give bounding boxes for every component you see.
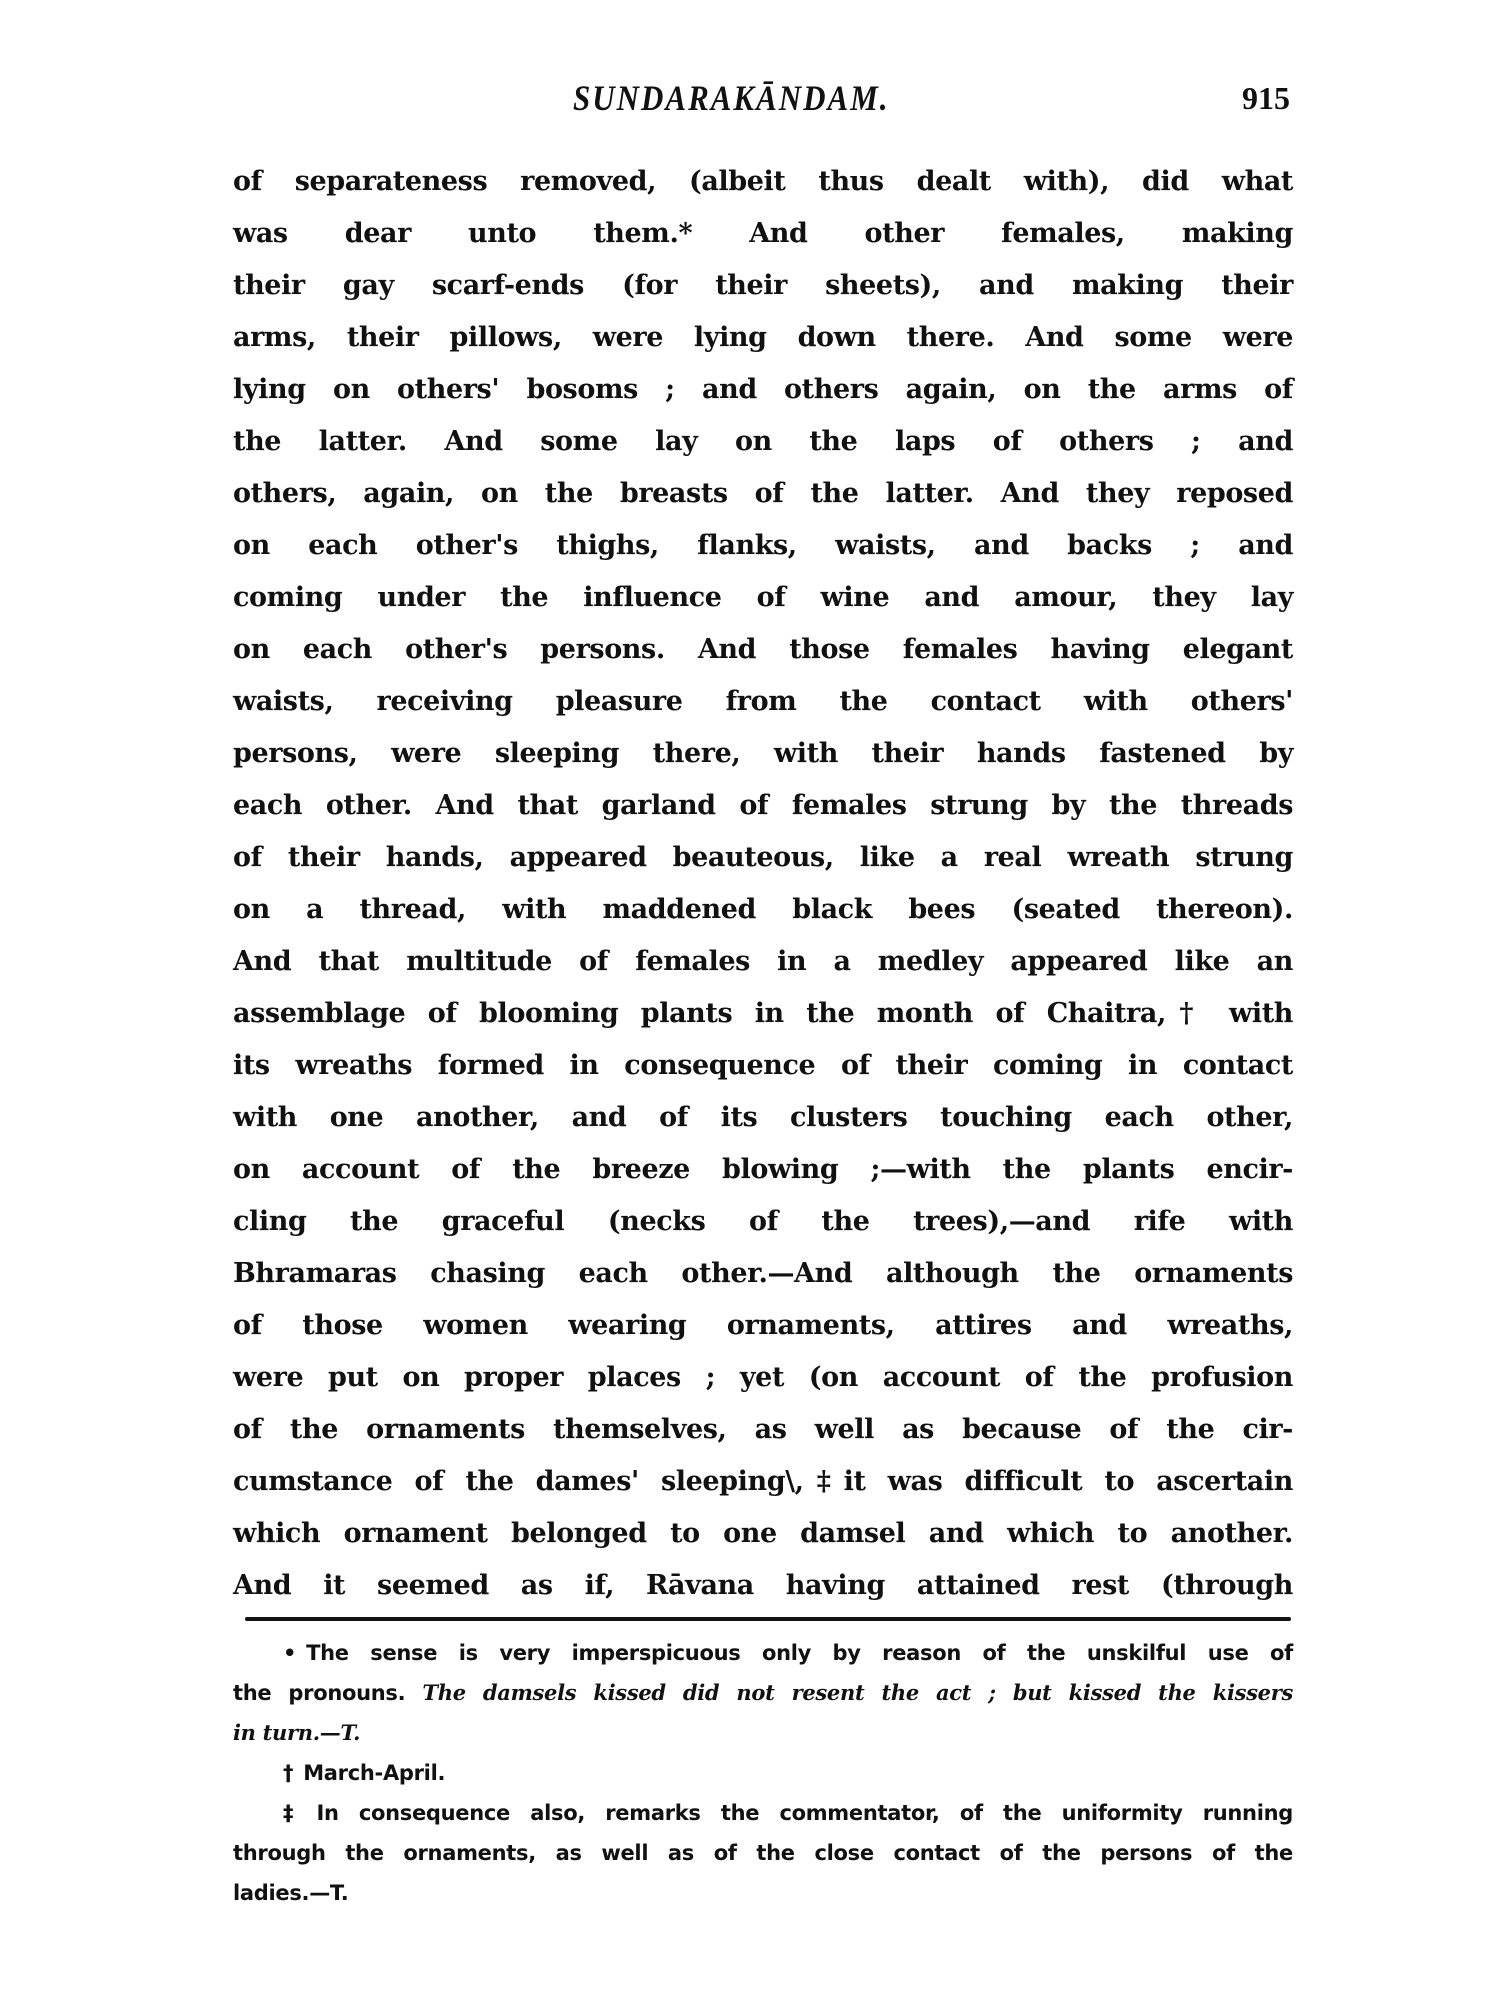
body-line: of their hands, appeared beauteous, like… [233, 832, 1293, 884]
footnote-italic-text: The damsels kissed did not resent the ac… [422, 1680, 1293, 1705]
body-line: on each other's persons. And those femal… [233, 624, 1293, 676]
running-head: SUNDARAKĀNDAM. 915 [233, 78, 1290, 122]
body-line: waists, receiving pleasure from the cont… [233, 676, 1293, 728]
body-line: which ornament belonged to one damsel an… [233, 1508, 1293, 1560]
footnote-text: The sense is very imperspicuous only by … [306, 1641, 1293, 1665]
footnotes: •The sense is very imperspicuous only by… [233, 1633, 1293, 1913]
body-line: assemblage of blooming plants in the mon… [233, 988, 1293, 1040]
body-line: cumstance of the dames' sleeping\,‡it wa… [233, 1456, 1293, 1508]
footnote-line: †March-April. [233, 1753, 1293, 1793]
body-line: lying on others' bosoms ; and others aga… [233, 364, 1293, 416]
body-line: others, again, on the breasts of the lat… [233, 468, 1293, 520]
body-line: of separateness removed, (albeit thus de… [233, 156, 1293, 208]
body-line: on account of the breeze blowing ;—with … [233, 1144, 1293, 1196]
body-line: the latter. And some lay on the laps of … [233, 416, 1293, 468]
footnote-dagger: †March-April. [233, 1753, 1293, 1793]
body-line: of those women wearing ornaments, attire… [233, 1300, 1293, 1352]
body-line: coming under the influence of wine and a… [233, 572, 1293, 624]
body-line: with one another, and of its clusters to… [233, 1092, 1293, 1144]
body-text: of separateness removed, (albeit thus de… [233, 156, 1293, 1612]
body-line: was dear unto them.* And other females, … [233, 208, 1293, 260]
footnote-text: ladies.—T. [233, 1881, 348, 1905]
footnote-line: •The sense is very imperspicuous only by… [233, 1633, 1293, 1673]
footnote-marker: † [283, 1761, 293, 1785]
footnote-line: the pronouns. The damsels kissed did not… [233, 1673, 1293, 1713]
body-line: persons, were sleeping there, with their… [233, 728, 1293, 780]
body-line: each other. And that garland of females … [233, 780, 1293, 832]
body-line: of the ornaments themselves, as well as … [233, 1404, 1293, 1456]
footnote-line: ‡In consequence also, remarks the commen… [233, 1793, 1293, 1833]
footnote-double-dagger: ‡In consequence also, remarks the commen… [233, 1793, 1293, 1913]
body-line: arms, their pillows, were lying down the… [233, 312, 1293, 364]
footnote-divider [245, 1617, 1291, 1621]
body-line: on a thread, with maddened black bees (s… [233, 884, 1293, 936]
running-title: SUNDARAKĀNDAM. [573, 78, 890, 119]
footnote-text: the pronouns. [233, 1681, 405, 1705]
body-line: their gay scarf-ends (for their sheets),… [233, 260, 1293, 312]
footnote-line: through the ornaments, as well as of the… [233, 1833, 1293, 1873]
footnote-text: In consequence also, remarks the comment… [316, 1801, 1293, 1825]
footnote-marker: ‡ [283, 1801, 306, 1825]
body-line: on each other's thighs, flanks, waists, … [233, 520, 1293, 572]
body-line: And it seemed as if, Rāvana having attai… [233, 1560, 1293, 1612]
body-line: were put on proper places ; yet (on acco… [233, 1352, 1293, 1404]
body-line: And that multitude of females in a medle… [233, 936, 1293, 988]
page-number: 915 [1242, 80, 1290, 117]
footnote-italic-text: in turn.—T. [233, 1720, 360, 1745]
body-line: cling the graceful (necks of the trees),… [233, 1196, 1293, 1248]
footnote-marker: • [283, 1641, 296, 1665]
body-line: its wreaths formed in consequence of the… [233, 1040, 1293, 1092]
footnote-text: March-April. [303, 1761, 445, 1785]
footnote-text: through the ornaments, as well as of the… [233, 1841, 1293, 1865]
body-line: Bhramaras chasing each other.—And althou… [233, 1248, 1293, 1300]
footnote-line: ladies.—T. [233, 1873, 1293, 1913]
footnote-asterisk: •The sense is very imperspicuous only by… [233, 1633, 1293, 1753]
footnote-line: in turn.—T. [233, 1713, 1293, 1753]
